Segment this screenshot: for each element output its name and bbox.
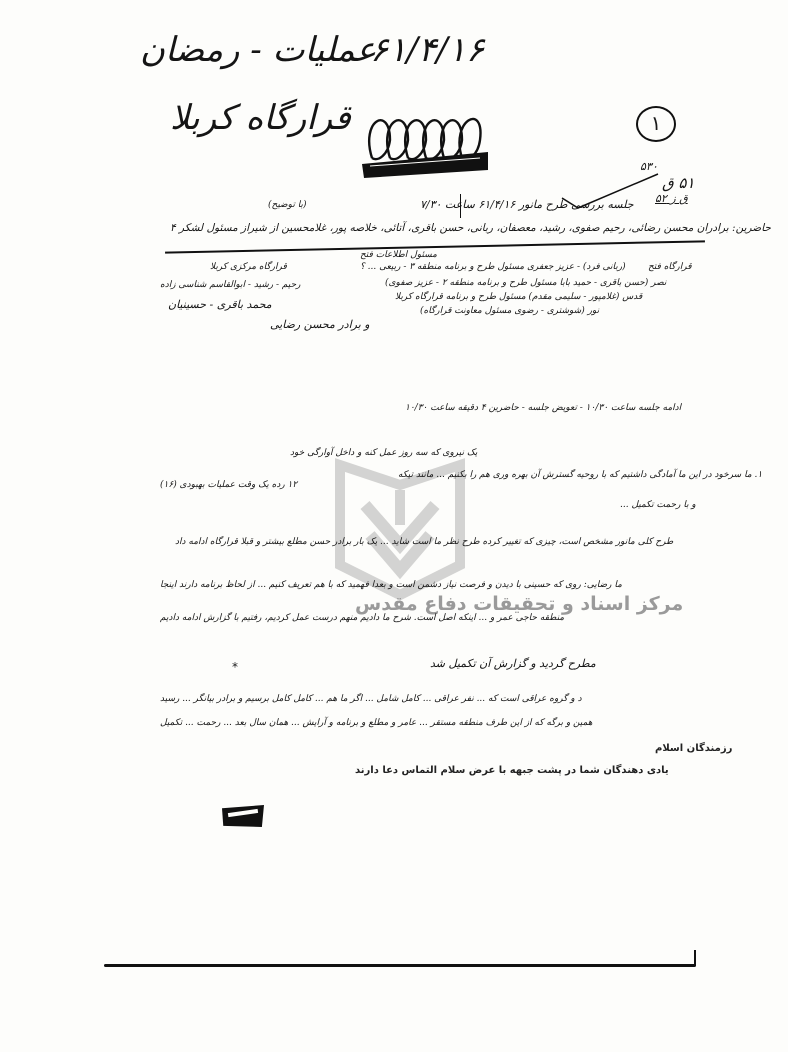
hq-fath-label: قرارگاه فتح xyxy=(648,262,692,272)
hq-ghadr: قدس (غلامپور - سلیمی مقدم) مسئول طرح و ب… xyxy=(395,292,642,302)
scanned-document-page: ۶۱/۴/۱۶ عملیات - رمضان قرارگاه کربلا ۱ ب… xyxy=(0,0,788,1052)
watermark-text: مرکز اسناد و تحقیقات دفاع مقدس xyxy=(355,593,683,615)
attendees-line: حاضرین: برادران محسن رضائی، رحیم صفوی، ر… xyxy=(170,222,771,234)
closing-printed-2: یادی دهندگان شما در پشت جبهه با عرض سلام… xyxy=(355,765,669,776)
note-top: یک نیروی که سه روز عمل کنه و داخل آوارگی… xyxy=(290,448,477,458)
body-line-7: د و گروه عراقی است که ... نفر عراقی ... … xyxy=(160,694,582,704)
bottom-rule xyxy=(104,964,696,967)
hq-fath-members: (ربانی فرد) - عزیز جعفری مسئول طرح و برن… xyxy=(360,262,626,272)
bullet-star: * xyxy=(232,660,238,674)
continuation-line: ادامه جلسه ساعت ۱۰/۳۰ - تعویض جلسه - حاض… xyxy=(405,403,681,413)
body-line-1: ۱. ما سرخود در این ما آمادگی داشتیم که ب… xyxy=(398,470,762,480)
page-number: ۱ xyxy=(636,106,676,142)
header-operation: عملیات - رمضان xyxy=(140,30,376,70)
stamp-mark xyxy=(222,805,264,827)
meeting-title: جلسه بررسی طرح مانور ۶۱/۴/۱۶ ساعت ۷/۳۰ xyxy=(420,198,634,211)
bottom-rule-end xyxy=(694,950,696,966)
body-line-6: مطرح گردید و گزارش آن تکمیل شد xyxy=(430,657,596,670)
attendees-note: (با توضیح) xyxy=(268,200,306,210)
ref-number-2: ۵۱ ق xyxy=(662,174,695,192)
header-date: ۶۱/۴/۱۶ xyxy=(370,30,484,70)
closing-printed-1: رزمندگان اسلام xyxy=(655,743,732,754)
central-hq-members-2: محمد باقری - حسینیان xyxy=(168,298,272,311)
body-line-8: همین و برگه که از این طرف منطقه مستقر ..… xyxy=(160,718,593,728)
hq-fath-note: مسئول اطلاعات فتح xyxy=(360,250,437,260)
body-line-3: طرح کلی مانور مشخص است، چیزی که تغییر کر… xyxy=(175,537,673,547)
central-hq-members: رحیم - رشید - ابوالقاسم شناسی زاده xyxy=(160,280,301,290)
hq-noor: نور (شوشتری - رضوی مسئول معاونت قرارگاه) xyxy=(420,306,599,316)
signature: و برادر محسن رضایی xyxy=(270,318,370,331)
body-line-4: ما رضایی: روی که حسینی با دیدن و فرصت نی… xyxy=(160,580,622,590)
divider-vertical xyxy=(460,194,461,218)
note-right: ۱۲ رده یک وقت عملیات بهبودی (۱۶) xyxy=(160,480,297,490)
central-hq-label: قرارگاه مرکزی کربلا xyxy=(210,262,287,272)
header-headquarters: قرارگاه کربلا xyxy=(170,98,351,138)
body-line-2: و با رحمت تکمیل ... xyxy=(620,500,696,510)
body-line-5: منطقه حاجی عمر و ... اینکه اصل است. شرح … xyxy=(160,613,564,623)
hq-nasr: نصر (حسن باقری - حمید بابا مسئول طرح و ب… xyxy=(385,278,666,288)
